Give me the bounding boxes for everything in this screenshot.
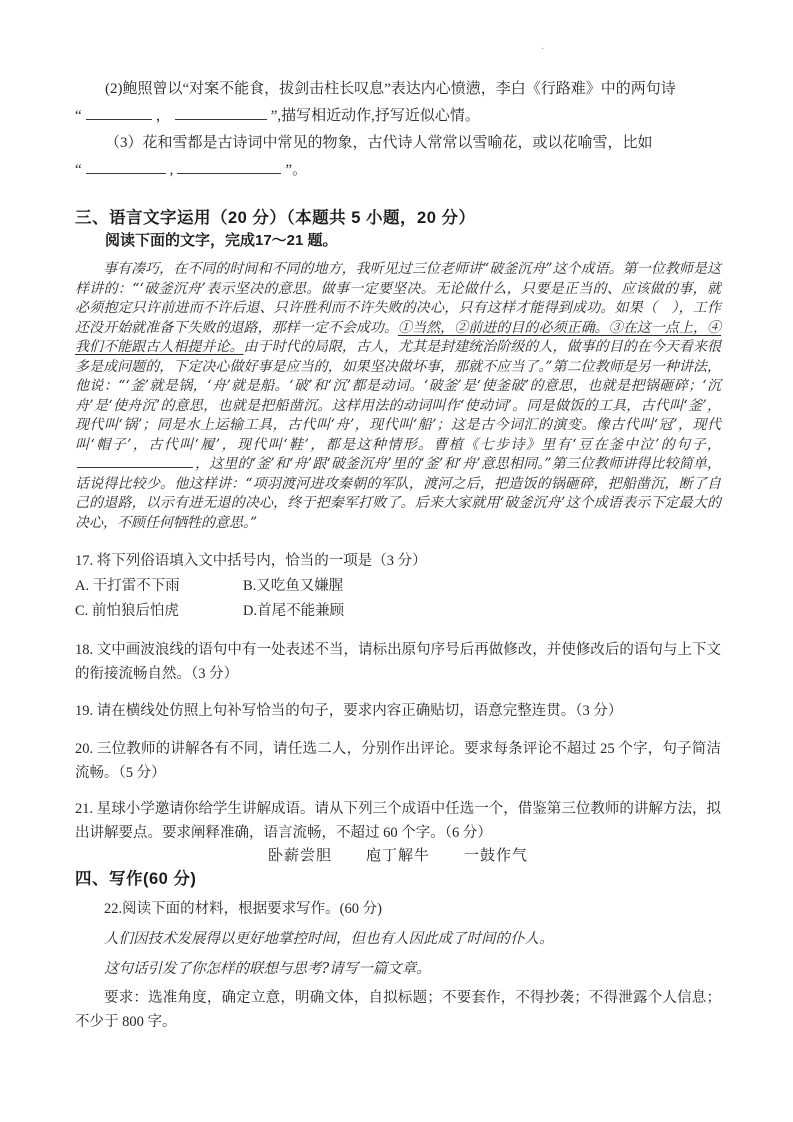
completion-item-3-intro: （3）花和雪都是古诗词中常见的物象，古代诗人常常以雪喻花，或以花喻雪，比如 xyxy=(75,130,721,157)
answer-blank-4 xyxy=(177,159,281,174)
exam-paper-page: · (2)鲍照曾以“对案不能食，拔剑击柱长叹息”表达内心愤懑，李白《行路难》中的… xyxy=(0,0,793,1122)
completion-item-2-tail: ,描写相近动作,抒写近似心情。 xyxy=(277,108,480,124)
section-3-heading: 三、语言文字运用（20 分）（本题共 5 小题，20 分） xyxy=(75,207,721,229)
completion-item-3-blanks: “,”。 xyxy=(75,157,721,184)
question-17-stem: 17. 将下列俗语填入文中括号内，恰当的一项是（3 分） xyxy=(75,549,721,573)
passage-part-2: 由于时代的局限，古人，尤其是封建统治阶级的人，做事的目的在今天看来很多是成问题的… xyxy=(75,339,721,453)
open-quote: “ xyxy=(75,108,82,124)
writing-requirements: 要求：选准角度，确定立意，明确文体，自拟标题；不要套作，不得抄袭；不得泄露个人信… xyxy=(75,986,721,1034)
blank-separator: ， xyxy=(156,108,171,124)
section-4-heading: 四、写作(60 分) xyxy=(75,868,721,890)
completion-item-2-blanks: “，”,描写相近动作,抒写近似心情。 xyxy=(75,103,721,130)
writing-material-line-1: 人们因技术发展得以更好地掌控时间，但也有人因此成了时间的仆人。 xyxy=(75,927,721,951)
option-d: D.首尾不能兼顾 xyxy=(243,603,344,619)
answer-blank-1 xyxy=(86,105,152,120)
idiom-1: 卧薪尝胆 xyxy=(268,848,332,864)
option-c: C. 前怕狼后怕虎 xyxy=(75,599,243,624)
question-21: 21. 星球小学邀请你给学生讲解成语。请从下列三个成语中任选一个，借鉴第三位教师… xyxy=(75,797,721,845)
option-a: A. 干打雷不下雨 xyxy=(75,574,243,599)
question-21-idiom-list: 卧薪尝胆庖丁解牛一鼓作气 xyxy=(75,846,721,866)
passage-answer-blank xyxy=(77,455,193,468)
question-18: 18. 文中画波浪线的语句中有一处表述不当，请标出原句序号后再做修改，并使修改后… xyxy=(75,638,721,686)
page-content: (2)鲍照曾以“对案不能食，拔剑击柱长叹息”表达内心愤懑，李白《行路难》中的两句… xyxy=(75,0,721,1034)
idiom-3: 一鼓作气 xyxy=(464,848,528,864)
answer-blank-2 xyxy=(175,105,267,120)
question-17-options-row-1: A. 干打雷不下雨B.又吃鱼又嫌腥 xyxy=(75,574,721,599)
section-3-instruction: 阅读下面的文字，完成17～21 题。 xyxy=(75,230,721,252)
question-19: 19. 请在横线处仿照上句补写恰当的句子，要求内容正确贴切，语意完整连贯。（3 … xyxy=(75,699,721,723)
question-17-options-row-2: C. 前怕狼后怕虎D.首尾不能兼顾 xyxy=(75,599,721,624)
answer-blank-3 xyxy=(86,159,166,174)
idiom-2: 庖丁解牛 xyxy=(366,848,430,864)
option-b: B.又吃鱼又嫌腥 xyxy=(243,578,343,594)
completion-item-3-tail: 。 xyxy=(292,162,307,178)
reading-passage: 事有凑巧，在不同的时间和不同的地方，我听见过三位老师讲“破釜沉舟”这个成语。第一… xyxy=(75,260,721,533)
question-22-stem: 22.阅读下面的材料，根据要求写作。(60 分) xyxy=(75,897,721,921)
writing-material-line-2: 这句话引发了你怎样的联想与思考?请写一篇文章。 xyxy=(75,957,721,981)
open-quote: “ xyxy=(75,162,82,178)
blank-separator: , xyxy=(170,162,174,178)
completion-item-2-intro: (2)鲍照曾以“对案不能食，拔剑击柱长叹息”表达内心愤懑，李白《行路难》中的两句… xyxy=(75,76,721,103)
question-20: 20. 三位教师的讲解各有不同，请任选二人，分别作出评论。要求每条评论不超过 2… xyxy=(75,737,721,785)
